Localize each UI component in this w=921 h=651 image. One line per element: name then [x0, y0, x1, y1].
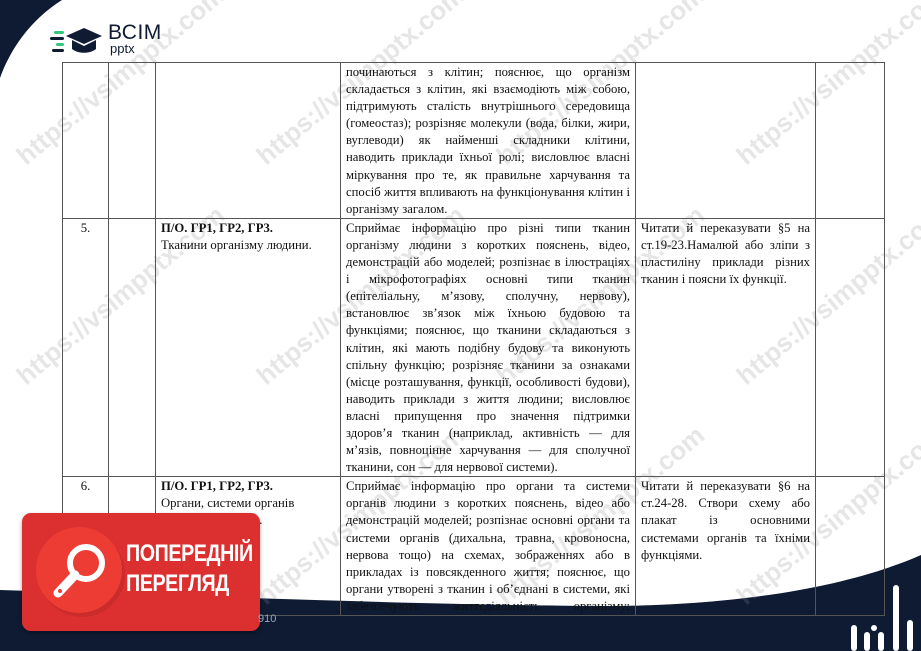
- row-outcomes: починаються з клітин; пояснює, що органі…: [341, 63, 636, 219]
- magnifier-icon: [36, 527, 122, 613]
- row-date: [109, 218, 156, 476]
- table-row: 5. П/О. ГР1, ГР2, ГР3.Тканини організму …: [63, 218, 885, 476]
- row-number: [63, 63, 109, 219]
- topic-groups: П/О. ГР1, ГР2, ГР3.: [161, 478, 335, 495]
- row-homework: [636, 63, 816, 219]
- preview-badge[interactable]: ПОПЕРЕДНІЙ ПЕРЕГЛЯД: [22, 513, 260, 631]
- badge-line-1: ПОПЕРЕДНІЙ: [126, 539, 253, 569]
- row-homework: Читати й переказувати §5 на ст.19-23.Нам…: [636, 218, 816, 476]
- topic-groups: П/О. ГР1, ГР2, ГР3.: [161, 220, 335, 237]
- logo-brand: ВСІМ: [108, 22, 162, 43]
- table-row: починаються з клітин; пояснює, що органі…: [63, 63, 885, 219]
- row-outcomes: Сприймає інформацію про різні типи ткани…: [341, 218, 636, 476]
- graduation-cap-icon: [48, 23, 104, 55]
- page-number: 910: [258, 613, 276, 625]
- row-notes: [816, 477, 885, 616]
- row-notes: [816, 218, 885, 476]
- topic-title: Тканини організму людини.: [161, 237, 335, 254]
- row-homework: Читати й переказувати §6 на ст.24-28. Ст…: [636, 477, 816, 616]
- row-topic: [156, 63, 341, 219]
- row-outcomes: Сприймає інформацію про органи та систем…: [341, 477, 636, 616]
- row-notes: [816, 63, 885, 219]
- row-number: 5.: [63, 218, 109, 476]
- badge-line-2: ПЕРЕГЛЯД: [126, 569, 253, 599]
- logo: ВСІМ pptx: [48, 22, 162, 55]
- row-topic: П/О. ГР1, ГР2, ГР3.Тканини організму люд…: [156, 218, 341, 476]
- row-date: [109, 63, 156, 219]
